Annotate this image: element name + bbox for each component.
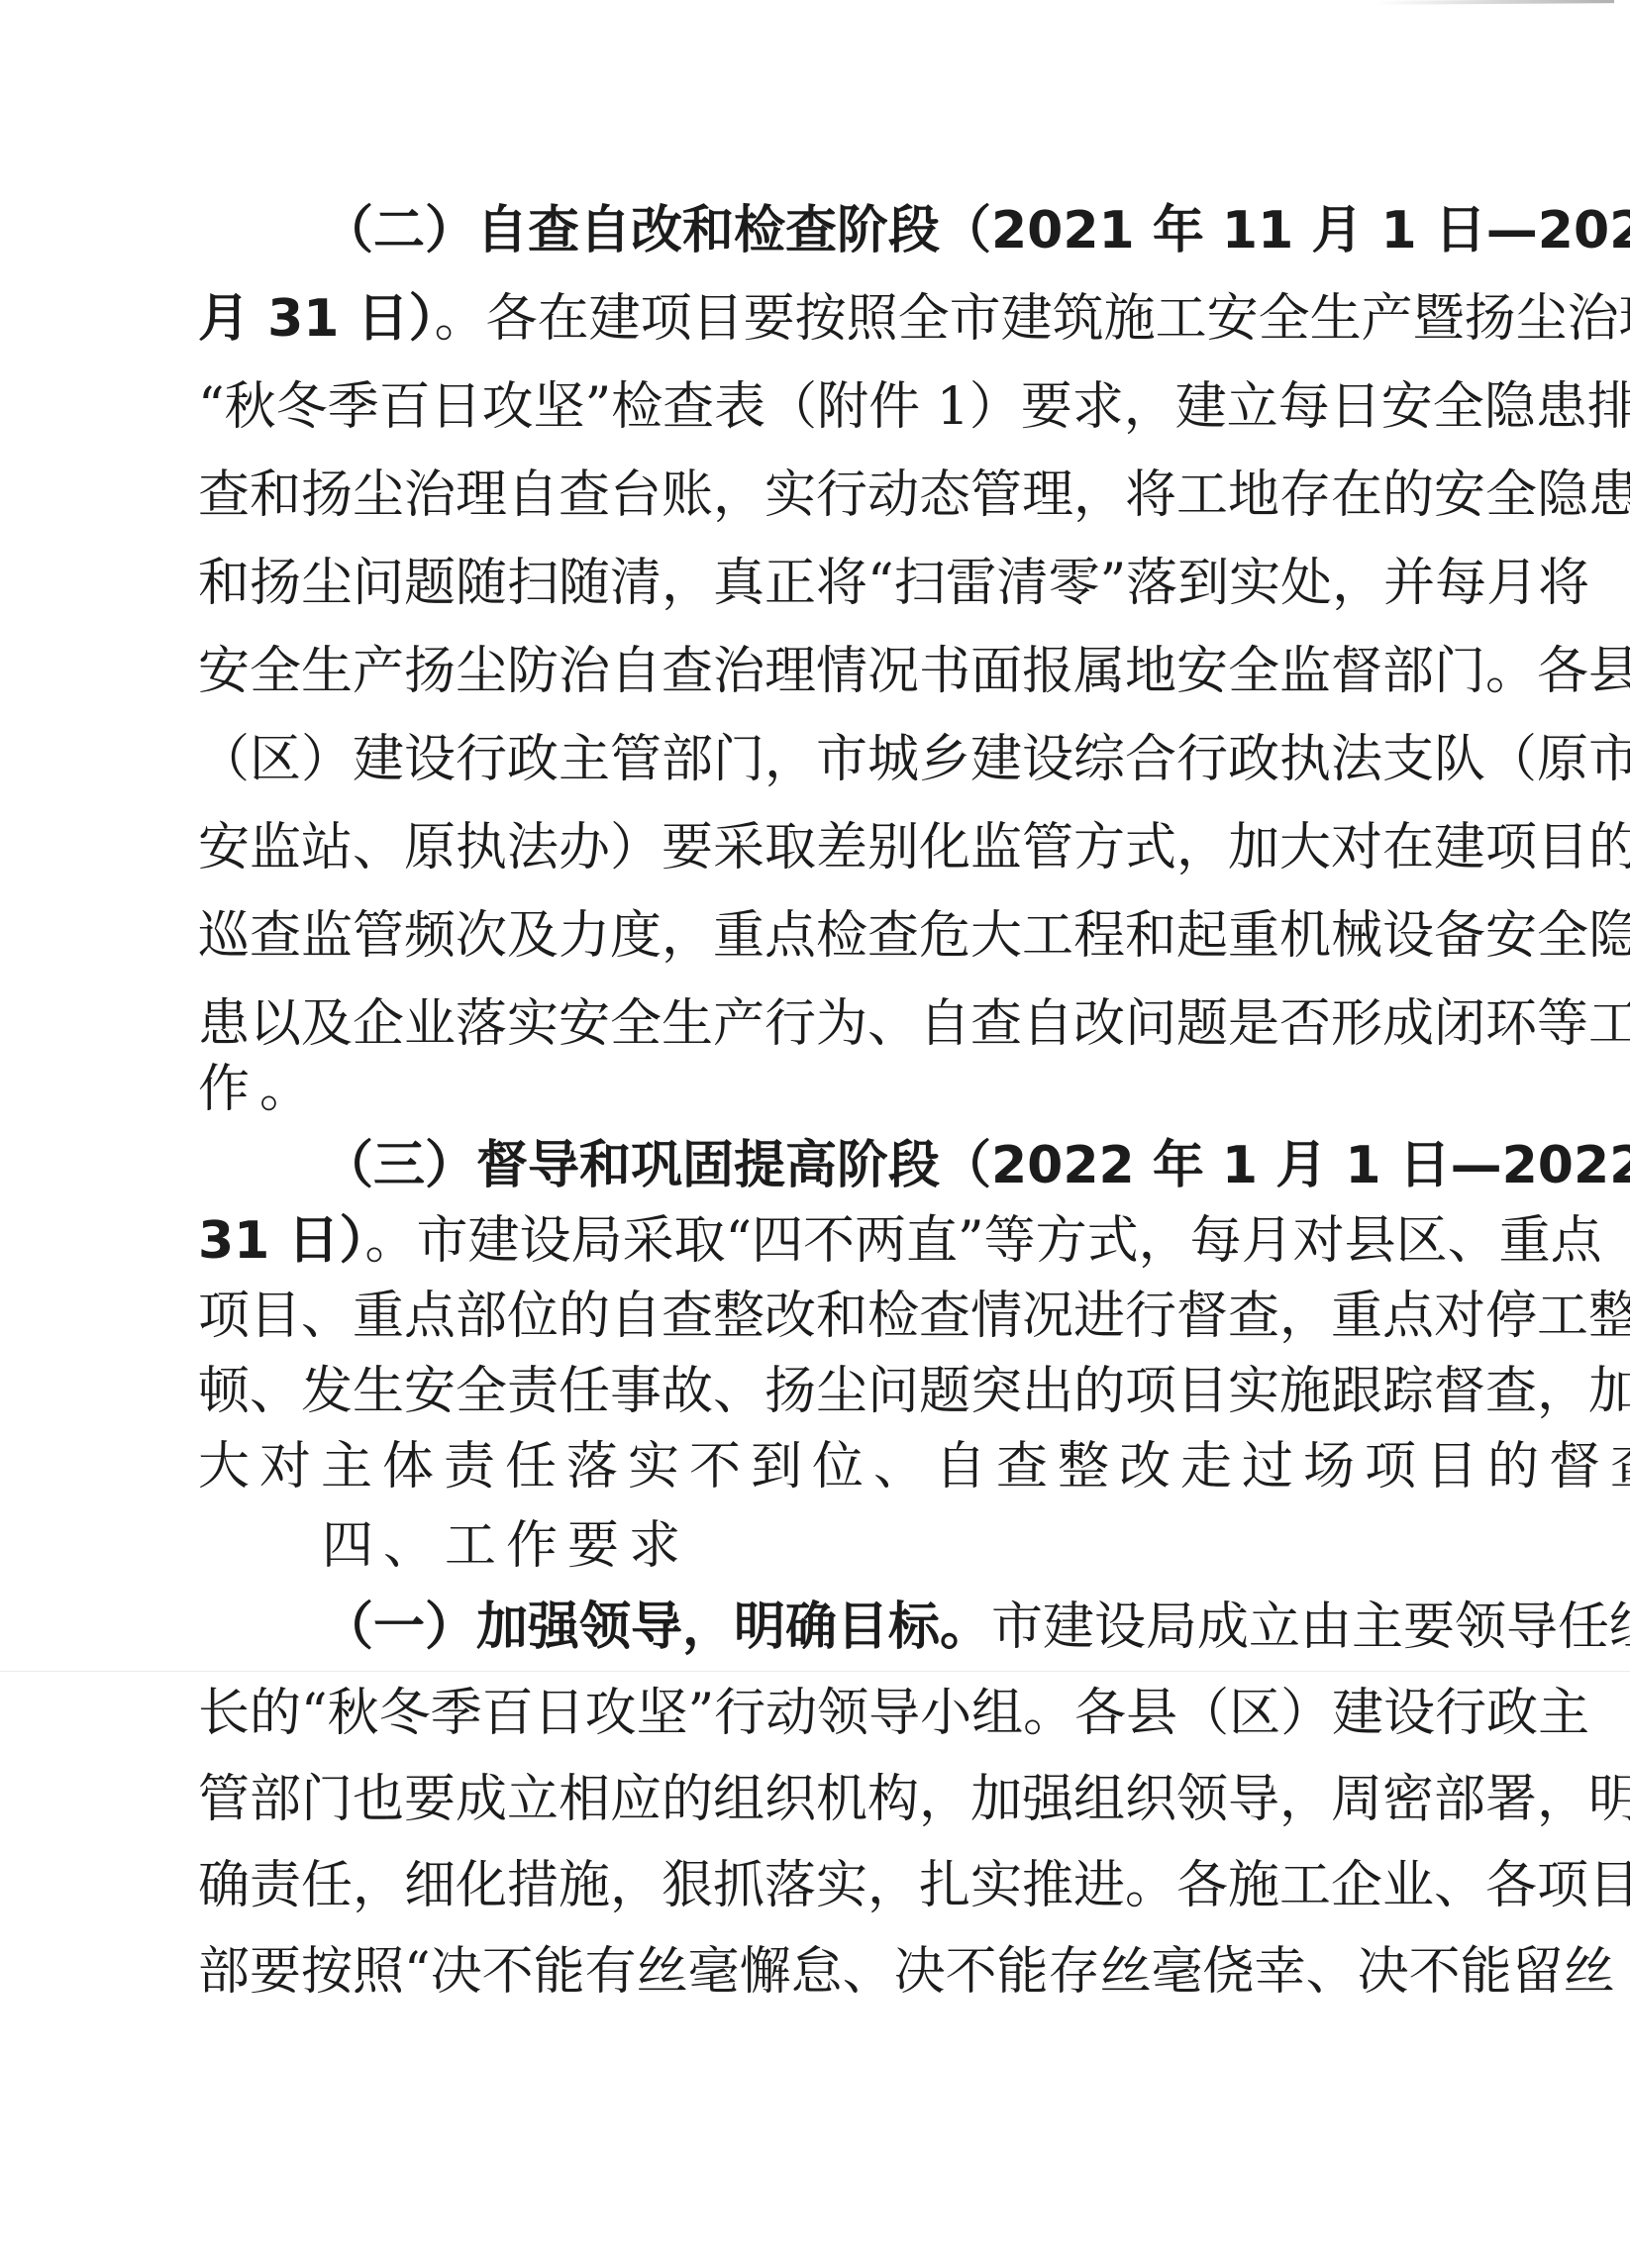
body-text: 管部门也要成立相应的组织机构，加强组织领导，周密部署，明 — [198, 1770, 1630, 1829]
text-line: 巡查监管频次及力度，重点检查危大工程和起重机械设备安全隐 — [198, 905, 1438, 967]
body-text: 安全生产扬尘防治自查治理情况书面报属地安全监督部门。各县 — [198, 642, 1630, 701]
heading-text: （一）加强领导，明确目标。 — [322, 1598, 991, 1657]
subsection-heading-req-1: （一）加强领导，明确目标。市建设局成立由主要领导任组 — [322, 1597, 1438, 1658]
section-heading-requirements: 四、工作要求 — [322, 1515, 690, 1577]
body-text: 确责任，细化措施，狠抓落实，扎实推进。各施工企业、各项目 — [198, 1856, 1630, 1915]
text-line: 确责任，细化措施，狠抓落实，扎实推进。各施工企业、各项目 — [198, 1855, 1438, 1916]
scan-line-artifact — [0, 1671, 1630, 1672]
section-heading-phase-3: （三）督导和巩固提高阶段（2022 年 1 月 1 日—2022 年 1 月 — [322, 1135, 1438, 1196]
body-text: 。市建设局采取“四不两直”等方式，每月对县区、重点 — [364, 1211, 1601, 1271]
heading-text: 31 日） — [198, 1211, 364, 1271]
body-text: “秋冬季百日攻坚”检查表（附件 1）要求，建立每日安全隐患排 — [198, 377, 1630, 437]
body-text: 查和扬尘治理自查台账，实行动态管理，将工地存在的安全隐患 — [198, 465, 1630, 525]
text-line: 管部门也要成立相应的组织机构，加强组织领导，周密部署，明 — [198, 1769, 1438, 1830]
text-line: 月 31 日）。各在建项目要按照全市建筑施工安全生产暨扬尘治理 — [198, 288, 1438, 350]
text-line: 顿、发生安全责任事故、扬尘问题突出的项目实施跟踪督查，加 — [198, 1361, 1438, 1422]
heading-text: （二）自查自改和检查阶段（2021 年 11 月 1 日—2022 年 1 — [322, 201, 1630, 260]
heading-text: （三）督导和巩固提高阶段（2022 年 1 月 1 日—2022 年 1 月 — [322, 1136, 1630, 1195]
text-line: 项目、重点部位的自查整改和检查情况进行督查，重点对停工整 — [198, 1286, 1438, 1347]
heading-text: 四、工作要求 — [322, 1516, 690, 1576]
text-line: 查和扬尘治理自查台账，实行动态管理，将工地存在的安全隐患 — [198, 464, 1438, 526]
body-text: 顿、发生安全责任事故、扬尘问题突出的项目实施跟踪督查，加 — [198, 1362, 1630, 1421]
body-text: 长的“秋冬季百日攻坚”行动领导小组。各县（区）建设行政主 — [198, 1684, 1589, 1743]
body-text: （区）建设行政主管部门，市城乡建设综合行政执法支队（原市 — [198, 730, 1630, 789]
text-line-last: 作。 — [198, 1059, 321, 1120]
body-text: 项目、重点部位的自查整改和检查情况进行督查，重点对停工整 — [198, 1287, 1630, 1346]
text-line-last: 大对主体责任落实不到位、自查整改走过场项目的督查频次。 — [198, 1436, 1630, 1497]
text-line: 安监站、原执法办）要采取差别化监管方式，加大对在建项目的 — [198, 817, 1438, 878]
body-text: 作。 — [198, 1060, 321, 1119]
scan-edge-artifact — [1376, 0, 1614, 5]
text-line: （区）建设行政主管部门，市城乡建设综合行政执法支队（原市 — [198, 729, 1438, 790]
section-heading-phase-2: （二）自查自改和检查阶段（2021 年 11 月 1 日—2022 年 1 — [322, 200, 1438, 261]
text-line: 患以及企业落实安全生产行为、自查自改问题是否形成闭环等工 — [198, 993, 1438, 1055]
text-line: 31 日）。市建设局采取“四不两直”等方式，每月对县区、重点 — [198, 1210, 1438, 1272]
text-line: 和扬尘问题随扫随清，真正将“扫雷清零”落到实处，并每月将 — [198, 553, 1438, 614]
body-text: 市建设局成立由主要领导任组 — [991, 1598, 1630, 1657]
body-text: 和扬尘问题随扫随清，真正将“扫雷清零”落到实处，并每月将 — [198, 554, 1589, 613]
document-page: （二）自查自改和检查阶段（2021 年 11 月 1 日—2022 年 1 月 … — [0, 0, 1630, 2268]
text-line: “秋冬季百日攻坚”检查表（附件 1）要求，建立每日安全隐患排 — [198, 376, 1438, 438]
body-text: 安监站、原执法办）要采取差别化监管方式，加大对在建项目的 — [198, 818, 1630, 877]
body-text: 部要按照“决不能有丝毫懈怠、决不能存丝毫侥幸、决不能留丝 — [198, 1942, 1615, 2002]
text-line: 长的“秋冬季百日攻坚”行动领导小组。各县（区）建设行政主 — [198, 1683, 1438, 1744]
body-text: 患以及企业落实安全生产行为、自查自改问题是否形成闭环等工 — [198, 994, 1630, 1054]
body-text: 巡查监管频次及力度，重点检查危大工程和起重机械设备安全隐 — [198, 906, 1630, 966]
text-line: 安全生产扬尘防治自查治理情况书面报属地安全监督部门。各县 — [198, 641, 1438, 702]
heading-text: 月 31 日） — [198, 289, 435, 349]
text-line: 部要按照“决不能有丝毫懈怠、决不能存丝毫侥幸、决不能留丝 — [198, 1941, 1438, 2003]
body-text: 大对主体责任落实不到位、自查整改走过场项目的督查频次。 — [198, 1437, 1630, 1496]
body-text: 。各在建项目要按照全市建筑施工安全生产暨扬尘治理 — [435, 289, 1630, 349]
